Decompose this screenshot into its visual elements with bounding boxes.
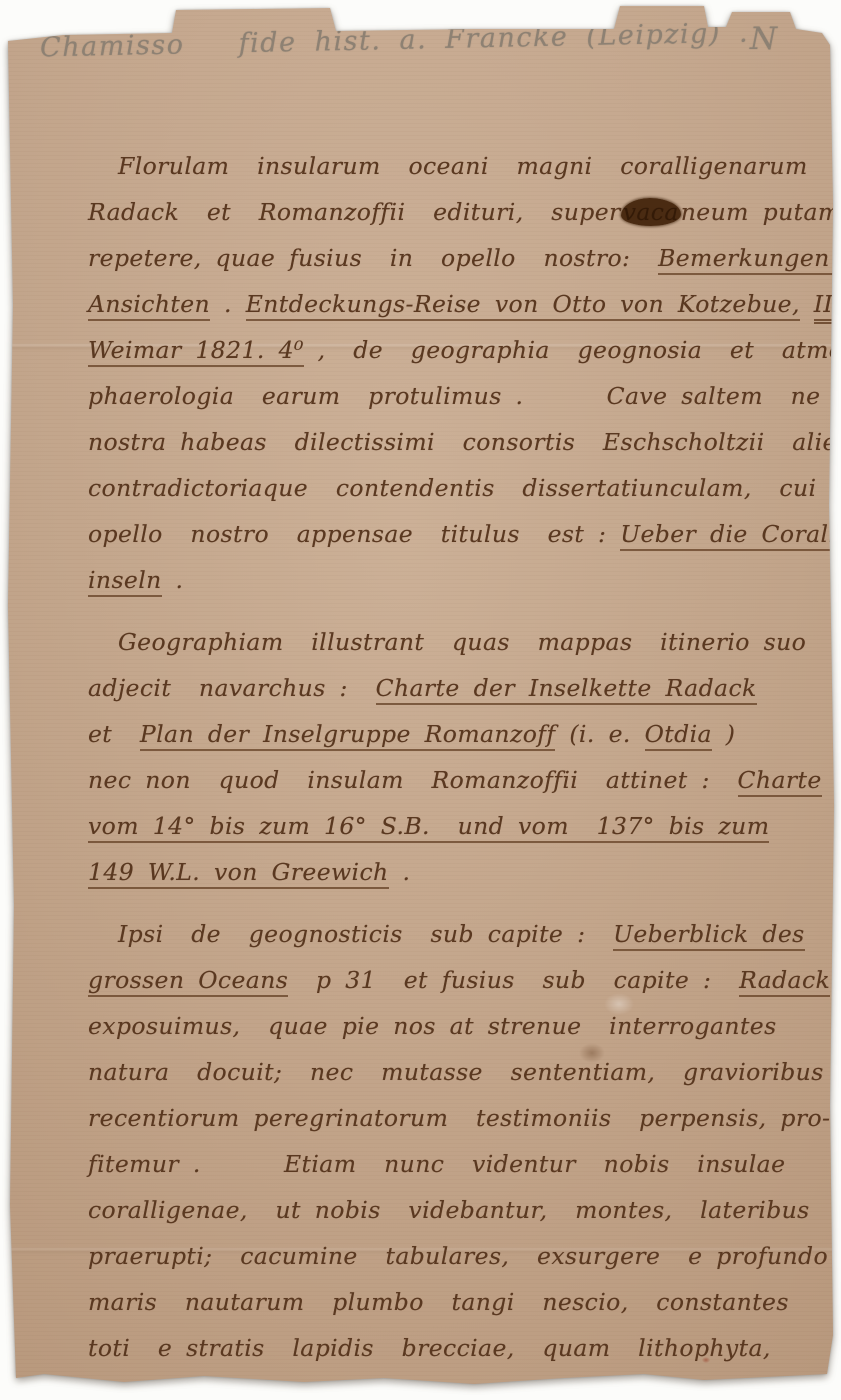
manuscript-line: nec non quod insulam Romanzoffii attinet…: [88, 757, 818, 803]
manuscript-line: repetere, quae fusius in opello nostro: …: [88, 235, 818, 281]
manuscript-line: et Plan der Inselgruppe Romanzoff (i. e.…: [88, 711, 818, 757]
manuscript-body: Florulam insularum oceani magni corallig…: [88, 143, 818, 1371]
underlined-title-text: Plan der Inselgruppe Romanzoff: [140, 720, 556, 751]
text-segment: natura docuit; nec mutasse sententiam, g…: [88, 1058, 824, 1086]
text-segment: .: [162, 566, 184, 594]
paragraph: Ipsi de geognosticis sub capite : Ueberb…: [88, 911, 818, 1371]
underlined-title-text: vom 14° bis zum 16° S.B. und vom 137° bi…: [88, 812, 769, 843]
manuscript-line: grossen Oceans p 31 et fusius sub capite…: [88, 957, 818, 1003]
manuscript-line: opello nostro appensae titulus est : Ueb…: [88, 511, 818, 557]
manuscript-line: natura docuit; nec mutasse sententiam, g…: [88, 1049, 818, 1095]
manuscript-line: recentiorum peregrinatorum testimoniis p…: [88, 1095, 818, 1141]
underlined-title-text: Entdeckungs-Reise von Otto von Kotzebue,: [246, 290, 800, 321]
ink-blot-correction: vaca: [621, 198, 681, 226]
text-segment: nec non quod insulam Romanzoffii attinet…: [88, 766, 738, 794]
text-segment: Florulam insularum oceani magni corallig…: [118, 152, 808, 180]
text-segment: maris nautarum plumbo tangi nescio, cons…: [88, 1288, 789, 1316]
text-segment: coralligenae, ut nobis videbantur, monte…: [88, 1196, 810, 1224]
text-segment: p 31 et fusius sub capite :: [288, 966, 739, 994]
text-segment: nostra habeas dilectissimi consortis Esc…: [88, 428, 841, 456]
text-segment: et: [88, 720, 140, 748]
text-segment: neum putamus: [681, 198, 841, 226]
manuscript-line: Ansichten . Entdeckungs-Reise von Otto v…: [88, 281, 818, 327]
text-segment: .: [389, 858, 411, 886]
manuscript-line: praerupti; cacumine tabulares, exsurgere…: [88, 1233, 818, 1279]
manuscript-line: fitemur . Etiam nunc videntur nobis insu…: [88, 1141, 818, 1187]
text-segment: [800, 290, 814, 318]
text-segment: toti e stratis lapidis brecciae, quam li…: [88, 1334, 771, 1362]
underlined-title-text: Bemerkungen und: [658, 244, 841, 275]
text-segment: Ipsi de geognosticis sub capite :: [118, 920, 613, 948]
text-segment: Radack et Romanzoffii edituri, super: [88, 198, 621, 226]
manuscript-line: maris nautarum plumbo tangi nescio, cons…: [88, 1279, 818, 1325]
text-segment: recentiorum peregrinatorum testimoniis p…: [88, 1104, 830, 1132]
text-segment: phaerologia earum protulimus . Cave salt…: [88, 382, 841, 410]
manuscript-page: Chamisso fide hist. a. Francke (Leipzig)…: [4, 5, 835, 1392]
manuscript-scan: Chamisso fide hist. a. Francke (Leipzig)…: [0, 0, 841, 1400]
manuscript-line: toti e stratis lapidis brecciae, quam li…: [88, 1325, 818, 1371]
manuscript-line: adjecit navarchus : Charte der Inselkett…: [88, 665, 818, 711]
text-segment: (i. e.: [555, 720, 644, 748]
underlined-title-text: Radack: [739, 966, 830, 997]
text-segment: , de geographia geognosia et atmos: [304, 336, 841, 364]
text-segment: ): [712, 720, 735, 748]
underlined-title-text: Ueber die Corallen: [620, 520, 841, 551]
underlined-title-text: Otdia: [645, 720, 712, 751]
underlined-title-text: Charte der Inselkette Radack: [376, 674, 757, 705]
pencil-annotation: Chamisso fide hist. a. Francke (Leipzig)…: [40, 18, 750, 64]
manuscript-line: Weimar 1821. 4⁰ , de geographia geognosi…: [88, 327, 818, 373]
text-segment: opello nostro appensae titulus est :: [88, 520, 620, 548]
manuscript-line: exposuimus, quae pie nos at strenue inte…: [88, 1003, 818, 1049]
page-mark: N: [750, 21, 777, 57]
manuscript-line: coralligenae, ut nobis videbantur, monte…: [88, 1187, 818, 1233]
manuscript-line: Ipsi de geognosticis sub capite : Ueberb…: [88, 911, 818, 957]
text-segment: fitemur . Etiam nunc videntur nobis insu…: [88, 1150, 785, 1178]
text-segment: praerupti; cacumine tabulares, exsurgere…: [88, 1242, 828, 1270]
manuscript-line: phaerologia earum protulimus . Cave salt…: [88, 373, 818, 419]
underlined-title-text: Ueberblick des: [613, 920, 804, 951]
underlined-title-text: inseln: [88, 566, 162, 597]
text-segment: .: [210, 290, 246, 318]
paragraph: Geographiam illustrant quas mappas itine…: [88, 619, 818, 895]
underlined-title-text: III: [814, 290, 841, 324]
paper-shadow-wrap: Chamisso fide hist. a. Francke (Leipzig)…: [0, 0, 841, 1400]
manuscript-line: Radack et Romanzoffii edituri, supervaca…: [88, 189, 818, 235]
underlined-title-text: 149 W.L. von Greewich: [88, 858, 389, 889]
manuscript-line: inseln .: [88, 557, 818, 603]
text-segment: adjecit navarchus :: [88, 674, 376, 702]
manuscript-line: 149 W.L. von Greewich .: [88, 849, 818, 895]
manuscript-line: vom 14° bis zum 16° S.B. und vom 137° bi…: [88, 803, 818, 849]
manuscript-line: Geographiam illustrant quas mappas itine…: [88, 619, 818, 665]
manuscript-line: Florulam insularum oceani magni corallig…: [88, 143, 818, 189]
underlined-title-text: Ansichten: [88, 290, 210, 321]
text-segment: exposuimus, quae pie nos at strenue inte…: [88, 1012, 777, 1040]
underlined-title-text: Charte: [738, 766, 822, 797]
text-segment: contradictoriaque contendentis dissertat…: [88, 474, 816, 502]
underlined-title-text: Weimar 1821. 4⁰: [88, 336, 304, 367]
paragraph: Florulam insularum oceani magni corallig…: [88, 143, 818, 603]
underlined-title-text: grossen Oceans: [88, 966, 288, 997]
manuscript-line: contradictoriaque contendentis dissertat…: [88, 465, 818, 511]
manuscript-line: nostra habeas dilectissimi consortis Esc…: [88, 419, 818, 465]
text-segment: repetere, quae fusius in opello nostro:: [88, 244, 658, 272]
text-segment: Geographiam illustrant quas mappas itine…: [118, 628, 806, 656]
